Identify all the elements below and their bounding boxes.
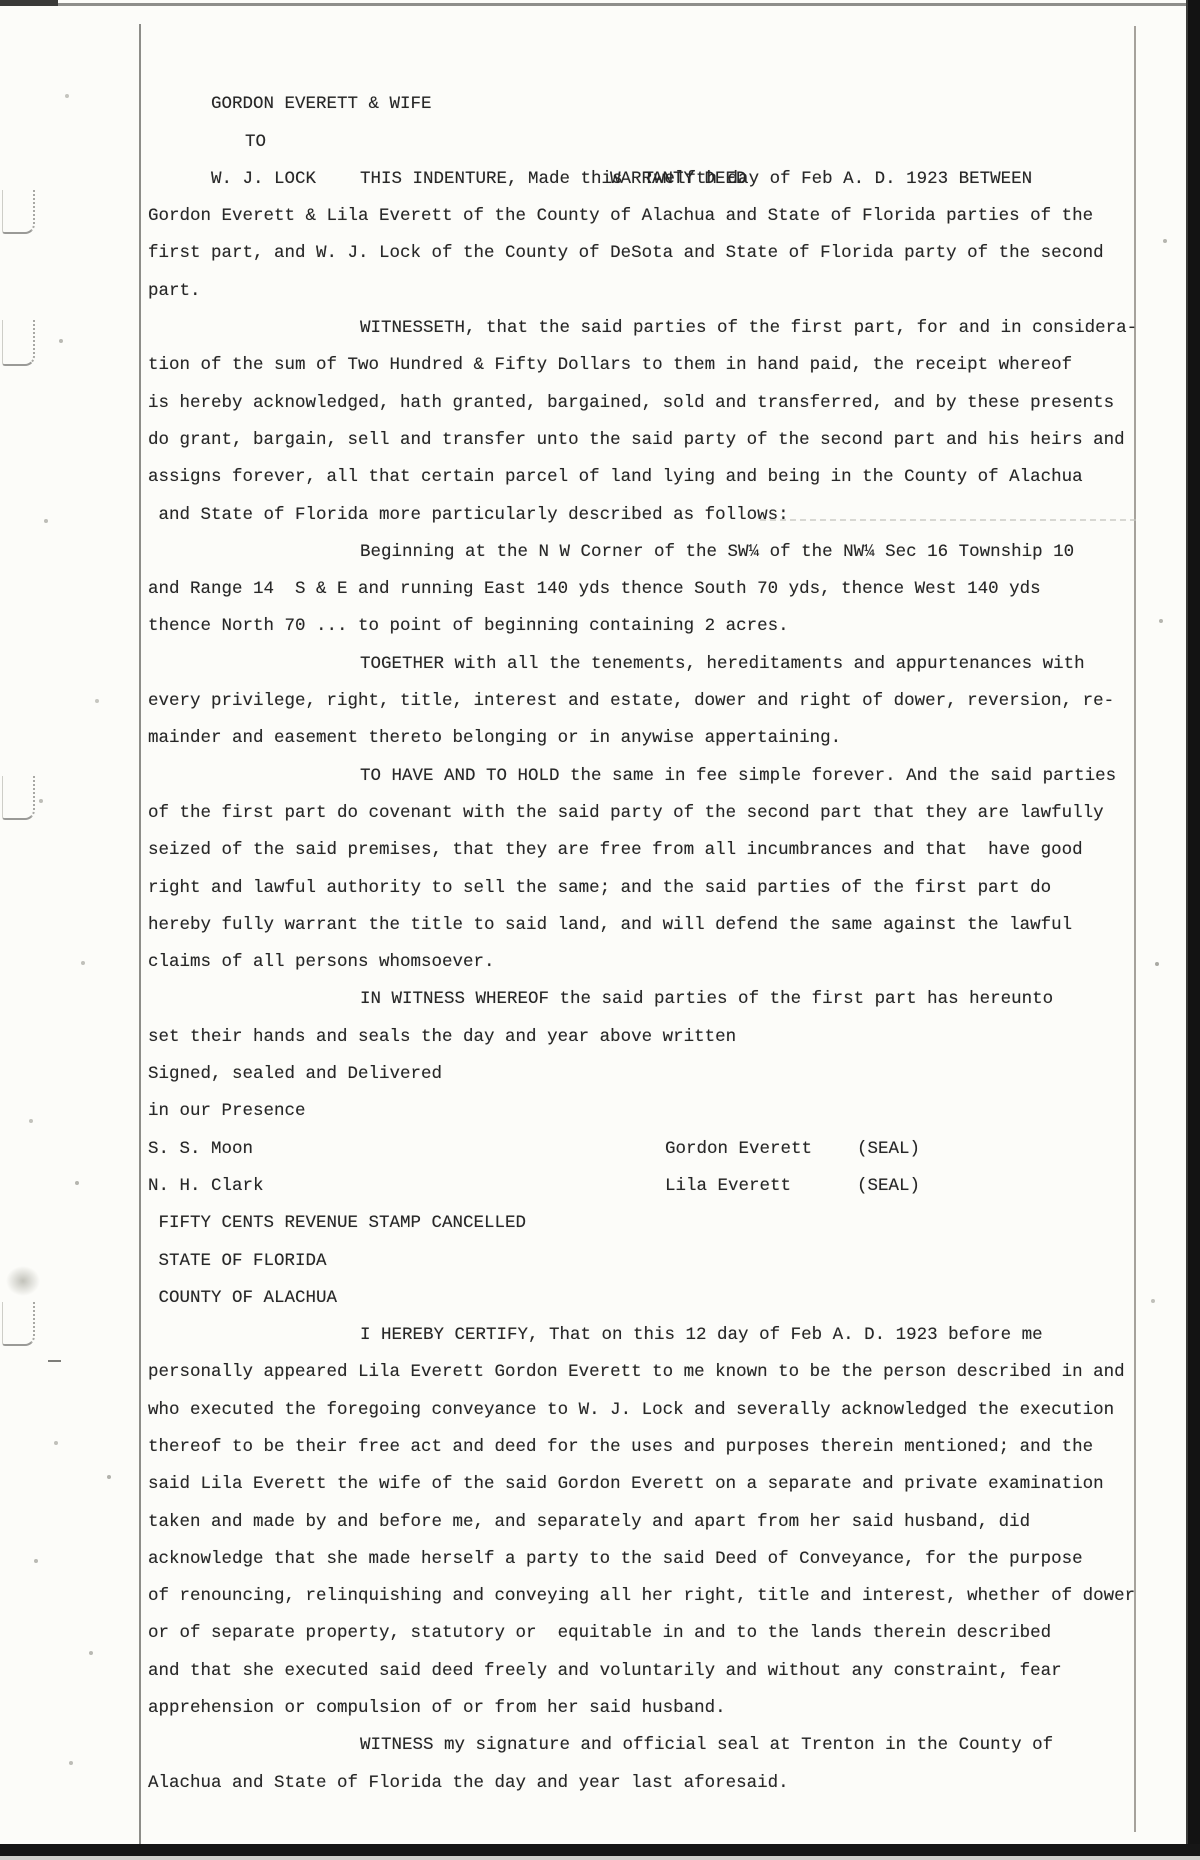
signer-name: Lila Everett	[665, 1168, 791, 1205]
deed-line-text: apprehension or compulsion of or from he…	[148, 1698, 726, 1718]
deed-line: WITNESSETH, that the said parties of the…	[148, 310, 1160, 347]
deed-line: do grant, bargain, sell and transfer unt…	[148, 422, 1160, 459]
deed-line: Beginning at the N W Corner of the SW¼ o…	[148, 534, 1160, 571]
deed-line-text: WITNESS my signature and official seal a…	[360, 1735, 1053, 1755]
scan-artifact-bracket	[2, 1302, 35, 1346]
deed-line: and that she executed said deed freely a…	[148, 1653, 1160, 1690]
deed-line-text: every privilege, right, title, interest …	[148, 691, 1114, 711]
scan-edge-bottom-shadow	[0, 1856, 1200, 1860]
deed-line: and State of Florida more particularly d…	[148, 497, 1160, 534]
deed-line: part.	[148, 273, 1160, 310]
deed-line: and Range 14 S & E and running East 140 …	[148, 571, 1160, 608]
deed-line: acknowledge that she made herself a part…	[148, 1541, 1160, 1578]
deed-line-text: who executed the foregoing conveyance to…	[148, 1400, 1114, 1420]
scan-top-left-mark	[0, 0, 58, 6]
title-line: TO WARRANTY DEED	[148, 86, 1160, 123]
deed-line-text: Signed, sealed and Delivered	[148, 1064, 442, 1084]
deed-line: thence North 70 ... to point of beginnin…	[148, 608, 1160, 645]
seal-label: (SEAL)	[857, 1168, 920, 1205]
scan-edge-right-bar	[1186, 0, 1200, 1860]
seal-label: (SEAL)	[857, 1131, 920, 1168]
deed-line: who executed the foregoing conveyance to…	[148, 1392, 1160, 1429]
scan-artifact-bracket	[2, 320, 35, 366]
grantor-caption-line: GORDON EVERETT & WIFE	[148, 49, 1160, 86]
deed-line: apprehension or compulsion of or from he…	[148, 1690, 1160, 1727]
deed-line-text: I HEREBY CERTIFY, That on this 12 day of…	[360, 1325, 1043, 1345]
deed-line: assigns forever, all that certain parcel…	[148, 459, 1160, 496]
scan-artifact-bracket	[2, 190, 35, 234]
deed-line-text: of renouncing, relinquishing and conveyi…	[148, 1586, 1135, 1606]
deed-line: Signed, sealed and Delivered	[148, 1056, 1160, 1093]
deed-line: hereby fully warrant the title to said l…	[148, 907, 1160, 944]
deed-line-text: claims of all persons whomsoever.	[148, 952, 495, 972]
deed-line-text: seized of the said premises, that they a…	[148, 840, 1083, 860]
deed-line: I HEREBY CERTIFY, That on this 12 day of…	[148, 1317, 1160, 1354]
deed-line: thereof to be their free act and deed fo…	[148, 1429, 1160, 1466]
deed-line-text: TOGETHER with all the tenements, heredit…	[360, 654, 1085, 674]
deed-line: is hereby acknowledged, hath granted, ba…	[148, 385, 1160, 422]
scan-smudge	[6, 1266, 40, 1296]
deed-line: IN WITNESS WHEREOF the said parties of t…	[148, 981, 1160, 1018]
scan-speckles	[0, 0, 2, 2]
deed-line-text: thereof to be their free act and deed fo…	[148, 1437, 1093, 1457]
deed-line: every privilege, right, title, interest …	[148, 683, 1160, 720]
deed-line-text: part.	[148, 281, 201, 301]
deed-line-text: STATE OF FLORIDA	[148, 1251, 327, 1271]
deed-line-text: IN WITNESS WHEREOF the said parties of t…	[360, 989, 1053, 1009]
witness-name: S. S. Moon	[148, 1131, 253, 1168]
deed-line: TOGETHER with all the tenements, heredit…	[148, 646, 1160, 683]
signature-row: N. H. ClarkLila Everett(SEAL)	[148, 1168, 1160, 1205]
witness-name: N. H. Clark	[148, 1168, 264, 1205]
deed-line: of renouncing, relinquishing and conveyi…	[148, 1578, 1160, 1615]
deed-line-text: in our Presence	[148, 1101, 306, 1121]
deed-line: mainder and easement thereto belonging o…	[148, 720, 1160, 757]
deed-line: taken and made by and before me, and sep…	[148, 1504, 1160, 1541]
deed-line: COUNTY OF ALACHUA	[148, 1280, 1160, 1317]
deed-line: claims of all persons whomsoever.	[148, 944, 1160, 981]
deed-line: right and lawful authority to sell the s…	[148, 870, 1160, 907]
deed-content: GORDON EVERETT & WIFE TO WARRANTY DEED W…	[148, 49, 1160, 1802]
deed-line-text: and Range 14 S & E and running East 140 …	[148, 579, 1041, 599]
deed-line: first part, and W. J. Lock of the County…	[148, 235, 1160, 272]
deed-line-text: mainder and easement thereto belonging o…	[148, 728, 841, 748]
deed-line-text: or of separate property, statutory or eq…	[148, 1623, 1051, 1643]
deed-line-text: first part, and W. J. Lock of the County…	[148, 243, 1104, 263]
deed-line: personally appeared Lila Everett Gordon …	[148, 1354, 1160, 1391]
deed-line: tion of the sum of Two Hundred & Fifty D…	[148, 347, 1160, 384]
scan-artifact-bracket	[2, 776, 35, 820]
deed-body: THIS INDENTURE, Made this Twelfth day of…	[148, 161, 1160, 1802]
deed-line-text: COUNTY OF ALACHUA	[148, 1288, 337, 1308]
deed-line-text: hereby fully warrant the title to said l…	[148, 915, 1072, 935]
deed-line: of the first part do covenant with the s…	[148, 795, 1160, 832]
deed-line: THIS INDENTURE, Made this Twelfth day of…	[148, 161, 1160, 198]
deed-line-text: WITNESSETH, that the said parties of the…	[360, 318, 1137, 338]
deed-line-text: Alachua and State of Florida the day and…	[148, 1773, 789, 1793]
deed-line-text: said Lila Everett the wife of the said G…	[148, 1474, 1104, 1494]
grantee-caption-line: W. J. LOCK	[148, 124, 1160, 161]
deed-line-text: Beginning at the N W Corner of the SW¼ o…	[360, 542, 1074, 562]
deed-line-text: do grant, bargain, sell and transfer unt…	[148, 430, 1125, 450]
deed-line-text: personally appeared Lila Everett Gordon …	[148, 1362, 1125, 1382]
deed-line-text: assigns forever, all that certain parcel…	[148, 467, 1083, 487]
deed-line: FIFTY CENTS REVENUE STAMP CANCELLED	[148, 1205, 1160, 1242]
deed-line: or of separate property, statutory or eq…	[148, 1615, 1160, 1652]
deed-line-text: FIFTY CENTS REVENUE STAMP CANCELLED	[148, 1213, 526, 1233]
scan-edge-bottom-bar	[0, 1844, 1200, 1856]
deed-line: STATE OF FLORIDA	[148, 1243, 1160, 1280]
deed-line-text: and that she executed said deed freely a…	[148, 1661, 1062, 1681]
deed-line-text: and State of Florida more particularly d…	[148, 505, 789, 525]
deed-line-text: is hereby acknowledged, hath granted, ba…	[148, 393, 1114, 413]
scan-top-rule	[0, 3, 1200, 6]
signature-row: S. S. MoonGordon Everett(SEAL)	[148, 1131, 1160, 1168]
deed-line: Gordon Everett & Lila Everett of the Cou…	[148, 198, 1160, 235]
signer-name: Gordon Everett	[665, 1131, 812, 1168]
deed-line-text: THIS INDENTURE, Made this Twelfth day of…	[360, 169, 1032, 189]
deed-line-text: acknowledge that she made herself a part…	[148, 1549, 1083, 1569]
deed-line-text: tion of the sum of Two Hundred & Fifty D…	[148, 355, 1072, 375]
deed-line: Alachua and State of Florida the day and…	[148, 1765, 1160, 1802]
deed-line: seized of the said premises, that they a…	[148, 832, 1160, 869]
deed-line-text: right and lawful authority to sell the s…	[148, 878, 1051, 898]
deed-line-text: Gordon Everett & Lila Everett of the Cou…	[148, 206, 1093, 226]
deed-line: said Lila Everett the wife of the said G…	[148, 1466, 1160, 1503]
deed-line-text: TO HAVE AND TO HOLD the same in fee simp…	[360, 766, 1116, 786]
left-margin-rule	[139, 24, 141, 1846]
deed-line-text: taken and made by and before me, and sep…	[148, 1512, 1030, 1532]
deed-line: in our Presence	[148, 1093, 1160, 1130]
deed-line: TO HAVE AND TO HOLD the same in fee simp…	[148, 758, 1160, 795]
scan-tick-mark	[48, 1360, 61, 1362]
deed-line: set their hands and seals the day and ye…	[148, 1019, 1160, 1056]
deed-line-text: set their hands and seals the day and ye…	[148, 1027, 736, 1047]
deed-line: WITNESS my signature and official seal a…	[148, 1727, 1160, 1764]
scanned-deed-page: GORDON EVERETT & WIFE TO WARRANTY DEED W…	[0, 0, 1200, 1860]
deed-line-text: thence North 70 ... to point of beginnin…	[148, 616, 789, 636]
deed-line-text: of the first part do covenant with the s…	[148, 803, 1104, 823]
